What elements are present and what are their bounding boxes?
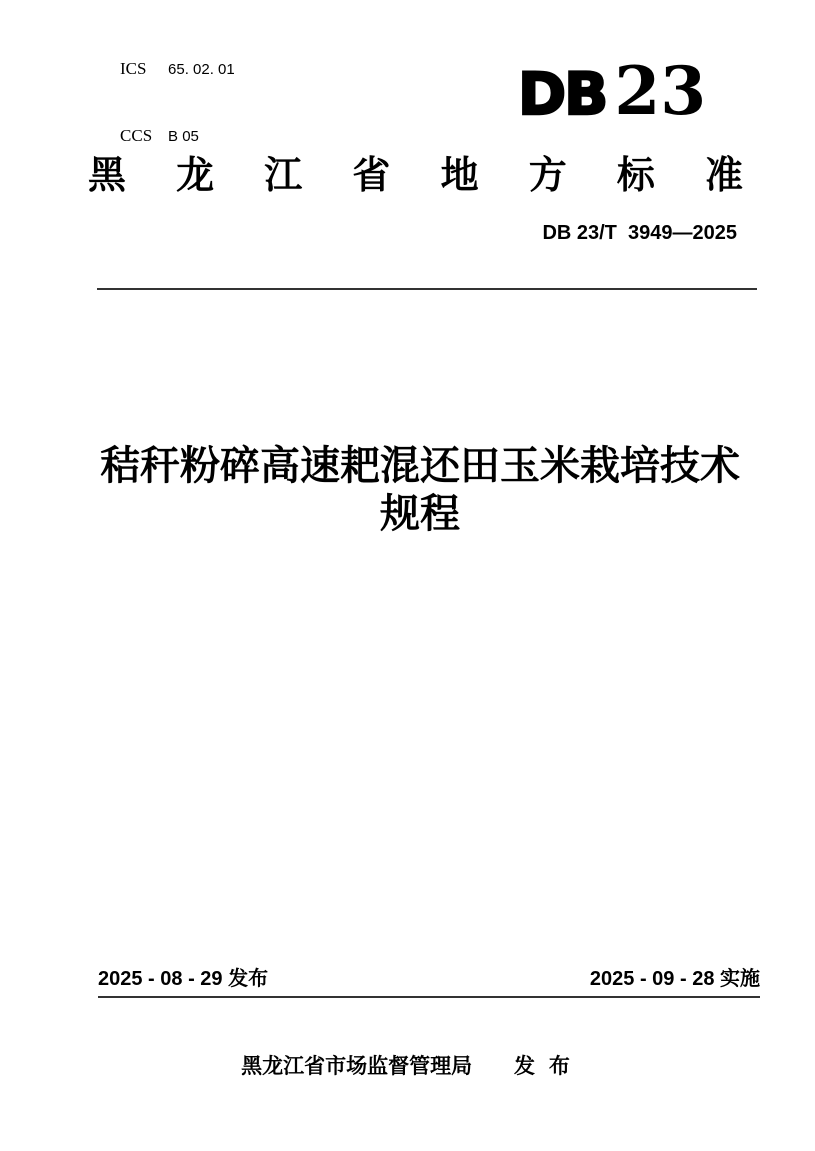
standard-type-char: 黑 (88, 154, 126, 198)
ccs-value: B 05 (168, 128, 199, 145)
implementation-date: 2025 - 09 - 28 实施 (590, 962, 760, 991)
publish-action-label: 发 布 (514, 1055, 574, 1078)
footer-divider-line (98, 996, 760, 998)
standard-type-char: 龙 (176, 154, 214, 198)
db-logo-letters: DB (518, 61, 606, 127)
standard-code: DB 23/T 3949—2025 (542, 222, 737, 245)
ics-ccs-block: ICS65. 02. 01 CCSB 05 (95, 36, 235, 170)
header-divider-line (97, 288, 757, 290)
standard-type-char: 准 (705, 154, 743, 198)
dates-row: 2025 - 08 - 29 发布 2025 - 09 - 28 实施 (98, 962, 760, 991)
standard-type-heading: 黑 龙 江 省 地 方 标 准 (88, 154, 743, 198)
standard-type-char: 地 (441, 154, 479, 198)
standard-cover-page: ICS65. 02. 01 CCSB 05 DB 23 黑 龙 江 省 地 方 … (0, 0, 815, 1151)
publisher-name: 黑龙江省市场监督管理局 (241, 1055, 472, 1078)
standard-type-char: 省 (352, 154, 390, 198)
document-title: 秸秆粉碎高速耙混还田玉米栽培技术规程 (90, 442, 750, 538)
ics-row: ICS65. 02. 01 (95, 36, 235, 103)
standard-type-char: 标 (617, 154, 655, 198)
publisher-line: 黑龙江省市场监督管理局 发 布 (0, 1050, 815, 1080)
standard-type-char: 方 (529, 154, 567, 198)
ics-value: 65. 02. 01 (168, 61, 235, 78)
ics-label: ICS (120, 58, 168, 80)
standard-type-char: 江 (264, 154, 302, 198)
ccs-label: CCS (120, 125, 168, 147)
issue-date: 2025 - 08 - 29 发布 (98, 962, 268, 991)
db23-logo: DB 23 (518, 58, 706, 127)
db-logo-number: 23 (614, 58, 706, 124)
